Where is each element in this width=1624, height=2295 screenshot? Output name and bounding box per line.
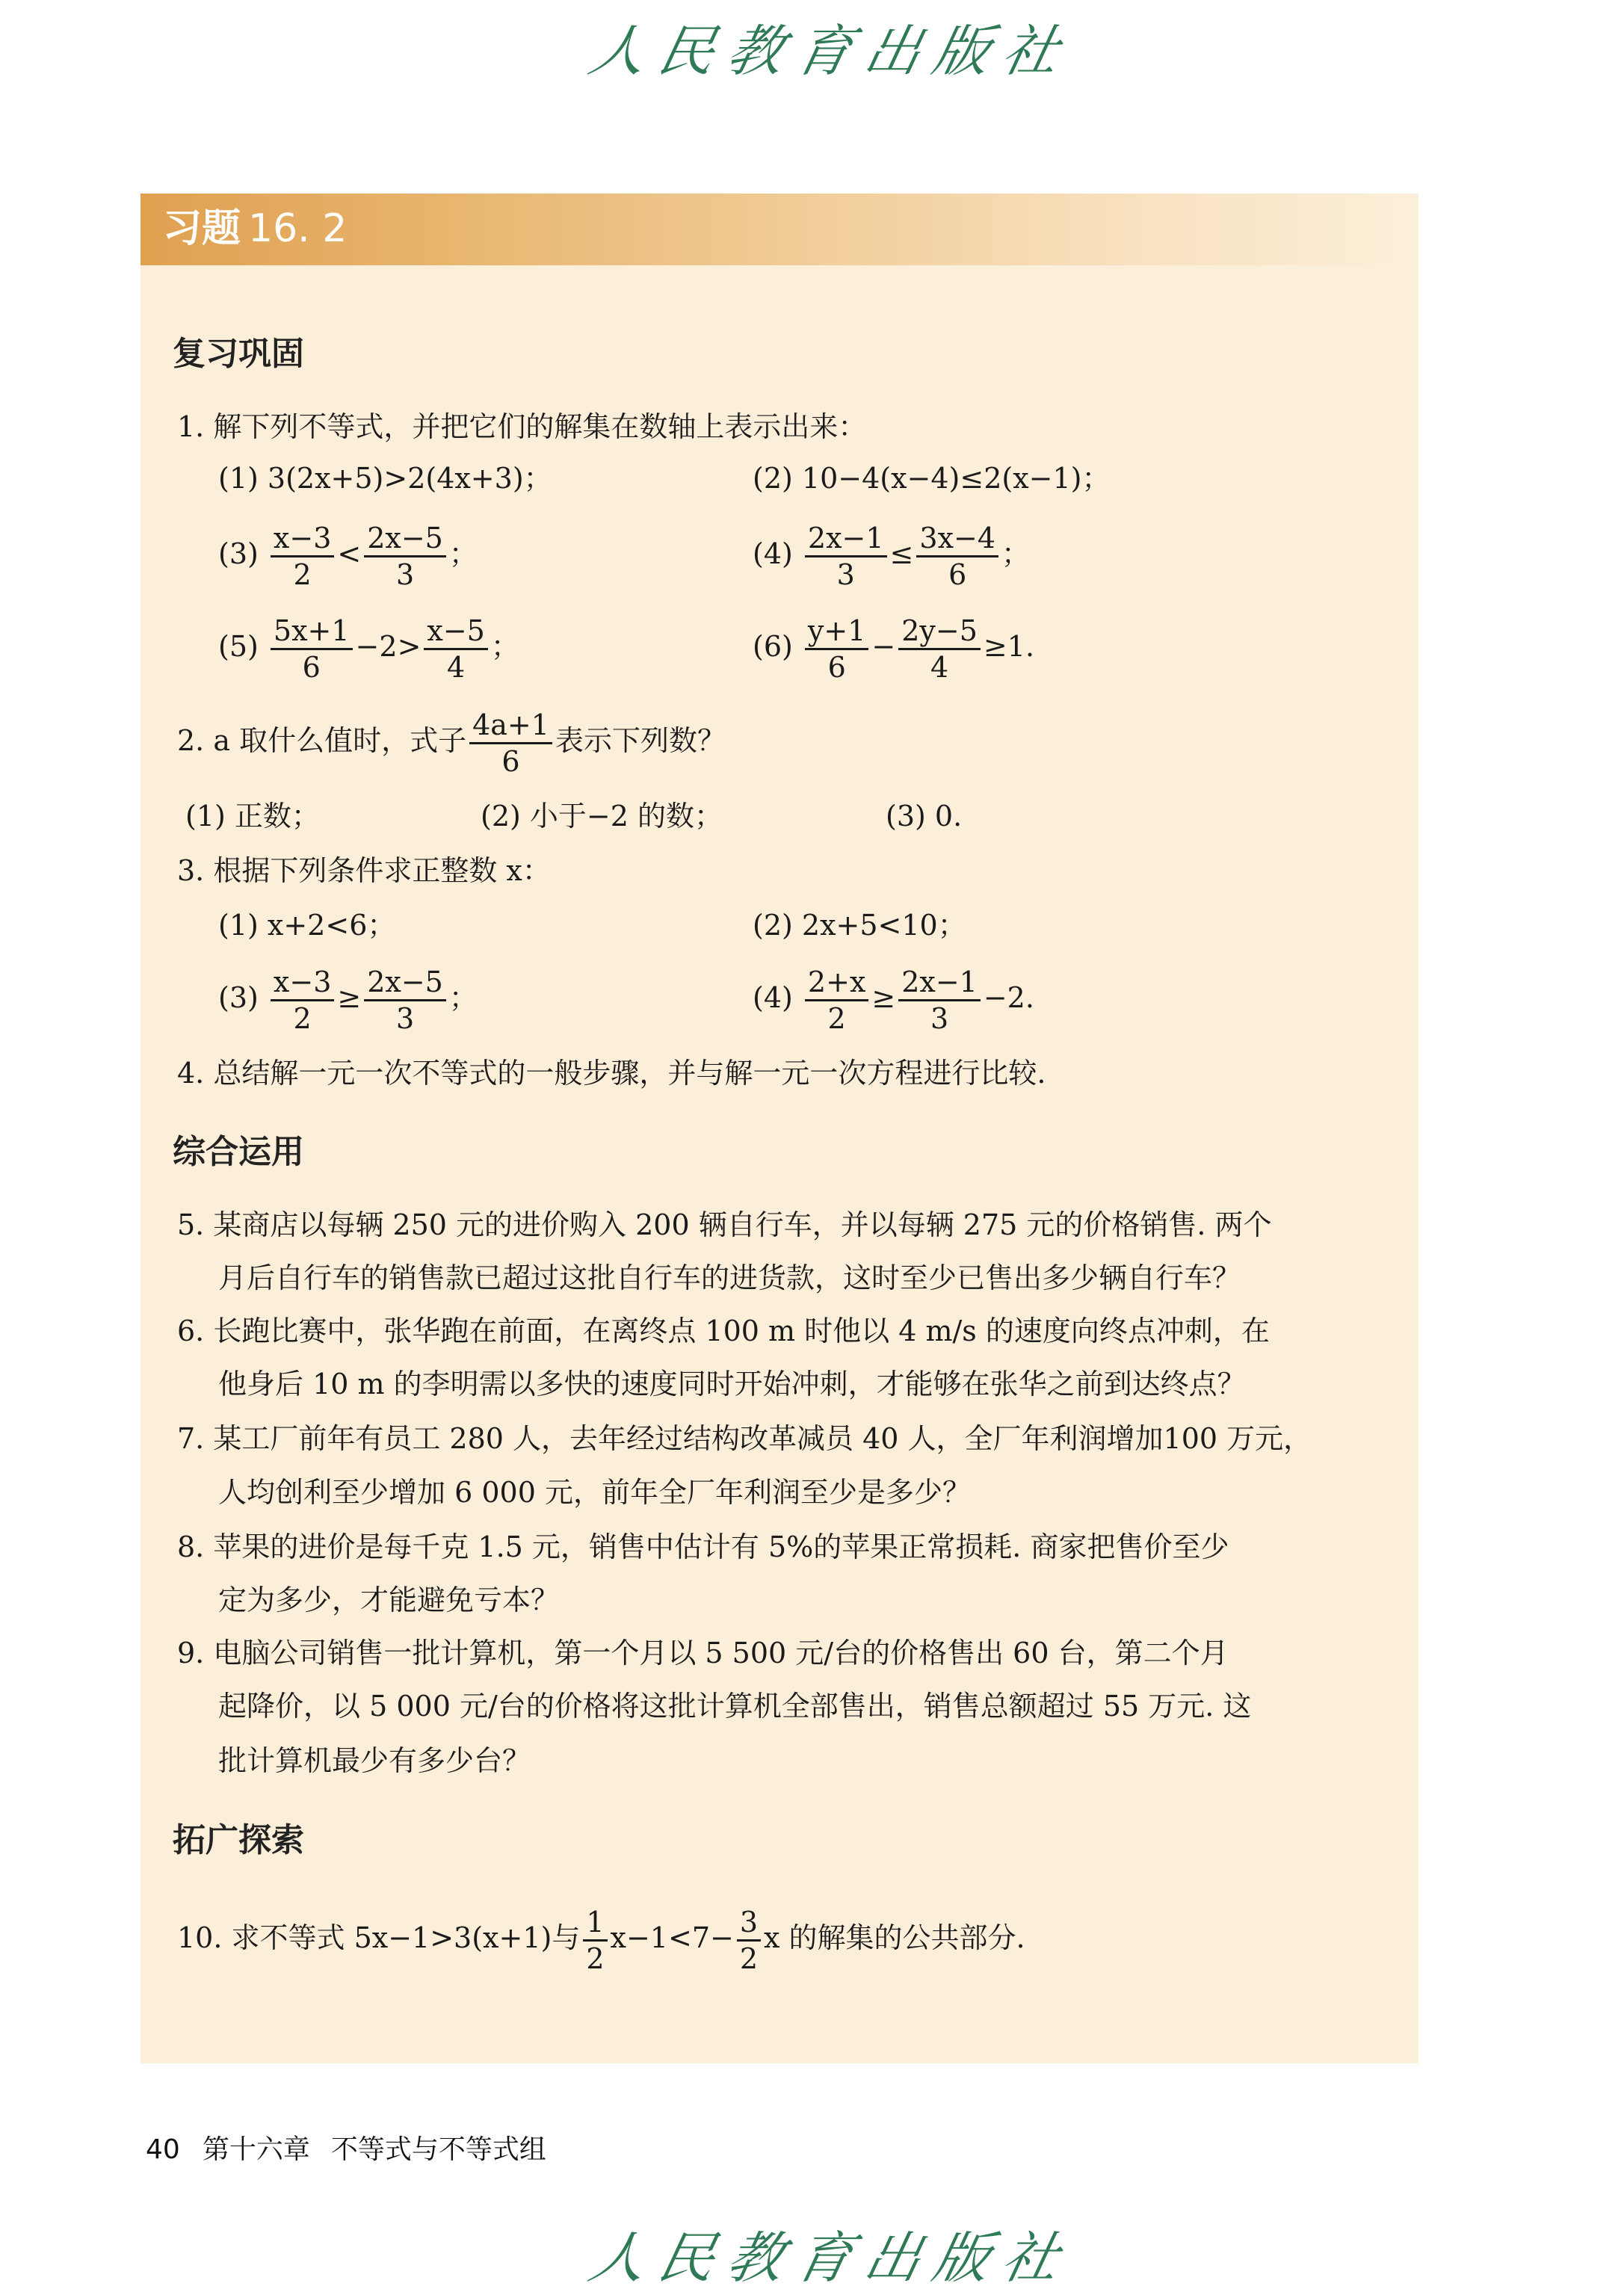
- chapter-title: 不等式与不等式组: [331, 2134, 546, 2165]
- question-3: 3. 根据下列条件求正整数 x：: [177, 852, 551, 889]
- question-2-part-3: (3) 0.: [886, 797, 962, 835]
- question-10: 10. 求不等式 5x−1>3(x+1)与12x−1<7−32x 的解集的公共部…: [177, 1905, 1025, 1976]
- question-2-part-1: (1) 正数；: [185, 797, 320, 835]
- fraction: 5x+16: [271, 614, 353, 685]
- fraction: x−54: [424, 614, 487, 685]
- question-1-part-6: (6) y+16−2y−54≥1.: [753, 614, 1034, 685]
- publisher-logo-bottom: 人民教育出版社: [590, 2223, 1039, 2294]
- exercise-title: 习题16. 2: [163, 204, 347, 253]
- question-1: 1. 解下列不等式，并把它们的解集在数轴上表示出来：: [177, 408, 866, 445]
- question-8-line-2: 定为多少，才能避免亏本？: [218, 1581, 559, 1619]
- publisher-logo-text: 人民教育出版社: [583, 16, 1046, 87]
- question-5-line-1: 5. 某商店以每辆 250 元的进价购入 200 辆自行车，并以每辆 275 元…: [177, 1206, 1272, 1244]
- question-2: 2. a 取什么值时，式子4a+16表示下列数？: [177, 708, 726, 779]
- fraction: 2x−13: [805, 521, 887, 592]
- question-1-part-2: (2) 10−4(x−4)≤2(x−1)；: [753, 460, 1111, 497]
- fraction: 2x−53: [364, 965, 446, 1036]
- exercise-box: 习题16. 2 复习巩固 1. 解下列不等式，并把它们的解集在数轴上表示出来： …: [141, 194, 1418, 2063]
- question-1-part-1: (1) 3(2x+5)>2(4x+3)；: [218, 460, 552, 497]
- fraction: 2+x2: [805, 965, 868, 1036]
- question-9-line-2: 起降价，以 5 000 元/台的价格将这批计算机全部售出，销售总额超过 55 万…: [218, 1687, 1251, 1725]
- fraction: 12: [583, 1905, 607, 1976]
- question-3-part-1: (1) x+2<6；: [218, 906, 395, 944]
- exercise-title-band: 习题16. 2: [141, 194, 1418, 265]
- publisher-logo-text: 人民教育出版社: [583, 2223, 1046, 2294]
- section-heading-application: 综合运用: [173, 1131, 304, 1173]
- fraction: 3x−46: [916, 521, 998, 592]
- question-9-line-3: 批计算机最少有多少台？: [218, 1742, 531, 1779]
- question-9-line-1: 9. 电脑公司销售一批计算机，第一个月以 5 500 元/台的价格售出 60 台…: [177, 1634, 1229, 1672]
- question-3-part-3: (3) x−32≥2x−53；: [218, 965, 478, 1036]
- publisher-logo-top: 人民教育出版社: [590, 16, 1039, 87]
- question-1-part-5: (5) 5x+16−2>x−54；: [218, 614, 519, 685]
- exercise-title-label: 习题: [163, 206, 241, 251]
- section-heading-review: 复习巩固: [173, 333, 304, 375]
- fraction: x−32: [271, 965, 334, 1036]
- question-3-part-4: (4) 2+x2≥2x−13−2.: [753, 965, 1034, 1036]
- question-5-line-2: 月后自行车的销售款已超过这批自行车的进货款，这时至少已售出多少辆自行车？: [218, 1259, 1241, 1297]
- chapter-label: 第十六章: [203, 2134, 310, 2165]
- question-8-line-1: 8. 苹果的进价是每千克 1.5 元，销售中估计有 5%的苹果正常损耗. 商家把…: [177, 1528, 1229, 1566]
- fraction: 32: [737, 1905, 761, 1976]
- fraction: y+16: [805, 614, 868, 685]
- question-6-line-2: 他身后 10 m 的李明需以多快的速度同时开始冲刺，才能够在张华之前到达终点？: [218, 1365, 1246, 1403]
- question-7-line-1: 7. 某工厂前年有员工 280 人，去年经过结构改革减员 40 人，全厂年利润增…: [177, 1420, 1312, 1457]
- fraction: 2y−54: [898, 614, 981, 685]
- question-2-part-2: (2) 小于−2 的数；: [481, 797, 723, 835]
- fraction: 2x−53: [364, 521, 446, 592]
- question-1-part-3: (3) x−32<2x−53；: [218, 521, 478, 592]
- question-3-part-2: (2) 2x+5<10；: [753, 906, 966, 944]
- question-1-part-4: (4) 2x−13≤3x−46；: [753, 521, 1030, 592]
- section-heading-exploration: 拓广探索: [173, 1820, 304, 1862]
- question-7-line-2: 人均创利至少增加 6 000 元，前年全厂年利润至少是多少？: [218, 1474, 971, 1511]
- exercise-title-number: 16. 2: [248, 206, 347, 251]
- page-number: 40: [146, 2134, 180, 2165]
- question-6-line-1: 6. 长跑比赛中，张华跑在前面，在离终点 100 m 时他以 4 m/s 的速度…: [177, 1312, 1270, 1350]
- fraction: x−32: [271, 521, 334, 592]
- page-footer: 40第十六章不等式与不等式组: [146, 2128, 546, 2166]
- question-4: 4. 总结解一元一次不等式的一般步骤，并与解一元一次方程进行比较.: [177, 1054, 1046, 1092]
- fraction: 4a+16: [469, 708, 552, 779]
- fraction: 2x−13: [898, 965, 981, 1036]
